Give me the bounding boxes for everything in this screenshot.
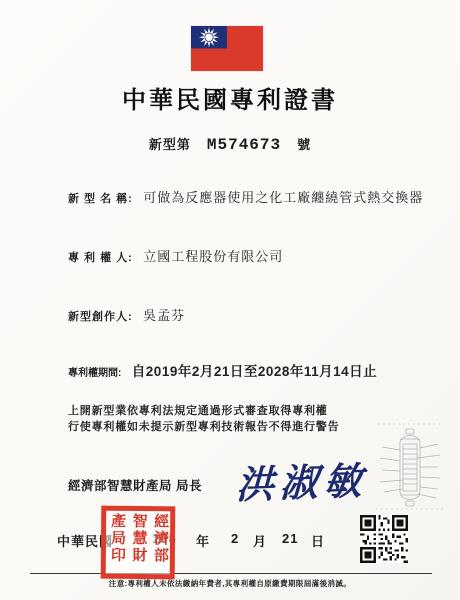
date-day-unit: 日 — [311, 531, 325, 550]
field-model-name-value: 可做為反應器使用之化工廠纏繞管式熱交換器 — [143, 190, 423, 205]
date-month-unit: 月 — [253, 531, 267, 550]
field-patent-term: 專利權期間: 自2019年2月21日至2028年11月14日止 — [68, 360, 377, 381]
patent-number-line: 新型第 M574673 號 — [0, 134, 460, 154]
field-patent-term-label: 專利權期間: — [68, 368, 121, 379]
patent-device-figure-icon — [372, 420, 448, 515]
field-patentee-value: 立國工程股份有限公司 — [143, 249, 283, 264]
official-red-seal: 經濟部 智慧財 產局印 — [101, 506, 176, 580]
footer-divider — [30, 573, 432, 574]
date-year-unit: 年 — [196, 531, 210, 550]
field-creator-value: 吳孟芬 — [143, 308, 185, 323]
seal-column-left: 產局印 — [109, 513, 125, 572]
taiwan-flag-icon — [191, 26, 263, 71]
seal-column-middle: 智慧財 — [130, 513, 146, 572]
issuing-office-title: 經濟部智慧財產局 局長 — [68, 476, 202, 494]
field-patentee-label: 專 利 權 人: — [68, 252, 133, 264]
footer-note: 注意:專利權人未依法繳納年費者,其專利權自原繳費期限屆滿後消滅。 — [0, 578, 460, 589]
legal-notice: 上開新型業依專利法規定通過形式審查取得專利權 行使專利權如未提示新型專利技術報告… — [68, 403, 339, 435]
legal-notice-line1: 上開新型業依專利法規定通過形式審查取得專利權 — [68, 403, 339, 419]
date-day: 21 — [282, 531, 298, 546]
legal-notice-line2: 行使專利權如未提示新型專利技術報告不得進行警告 — [68, 419, 339, 435]
certificate-page: 中華民國專利證書 新型第 M574673 號 新 型 名 稱: 可做為反應器使用… — [0, 0, 460, 600]
patent-number-suffix: 號 — [297, 134, 311, 153]
field-patentee: 專 利 權 人: 立國工程股份有限公司 — [68, 246, 283, 266]
field-model-name: 新 型 名 稱: 可做為反應器使用之化工廠纏繞管式熱交換器 — [68, 187, 423, 207]
qr-code-icon — [360, 515, 408, 563]
seal-column-right: 經濟部 — [152, 513, 168, 572]
patent-number-prefix: 新型第 — [149, 134, 191, 153]
date-month: 2 — [231, 531, 239, 546]
field-patent-term-value: 自2019年2月21日至2028年11月14日止 — [132, 364, 377, 379]
field-creator: 新型創作人: 吳孟芬 — [68, 305, 185, 325]
director-signature: 洪淑敏 — [235, 450, 369, 510]
certificate-title: 中華民國專利證書 — [0, 80, 460, 115]
patent-number: M574673 — [207, 136, 281, 154]
field-creator-label: 新型創作人: — [68, 311, 133, 323]
field-model-name-label: 新 型 名 稱: — [68, 193, 133, 205]
